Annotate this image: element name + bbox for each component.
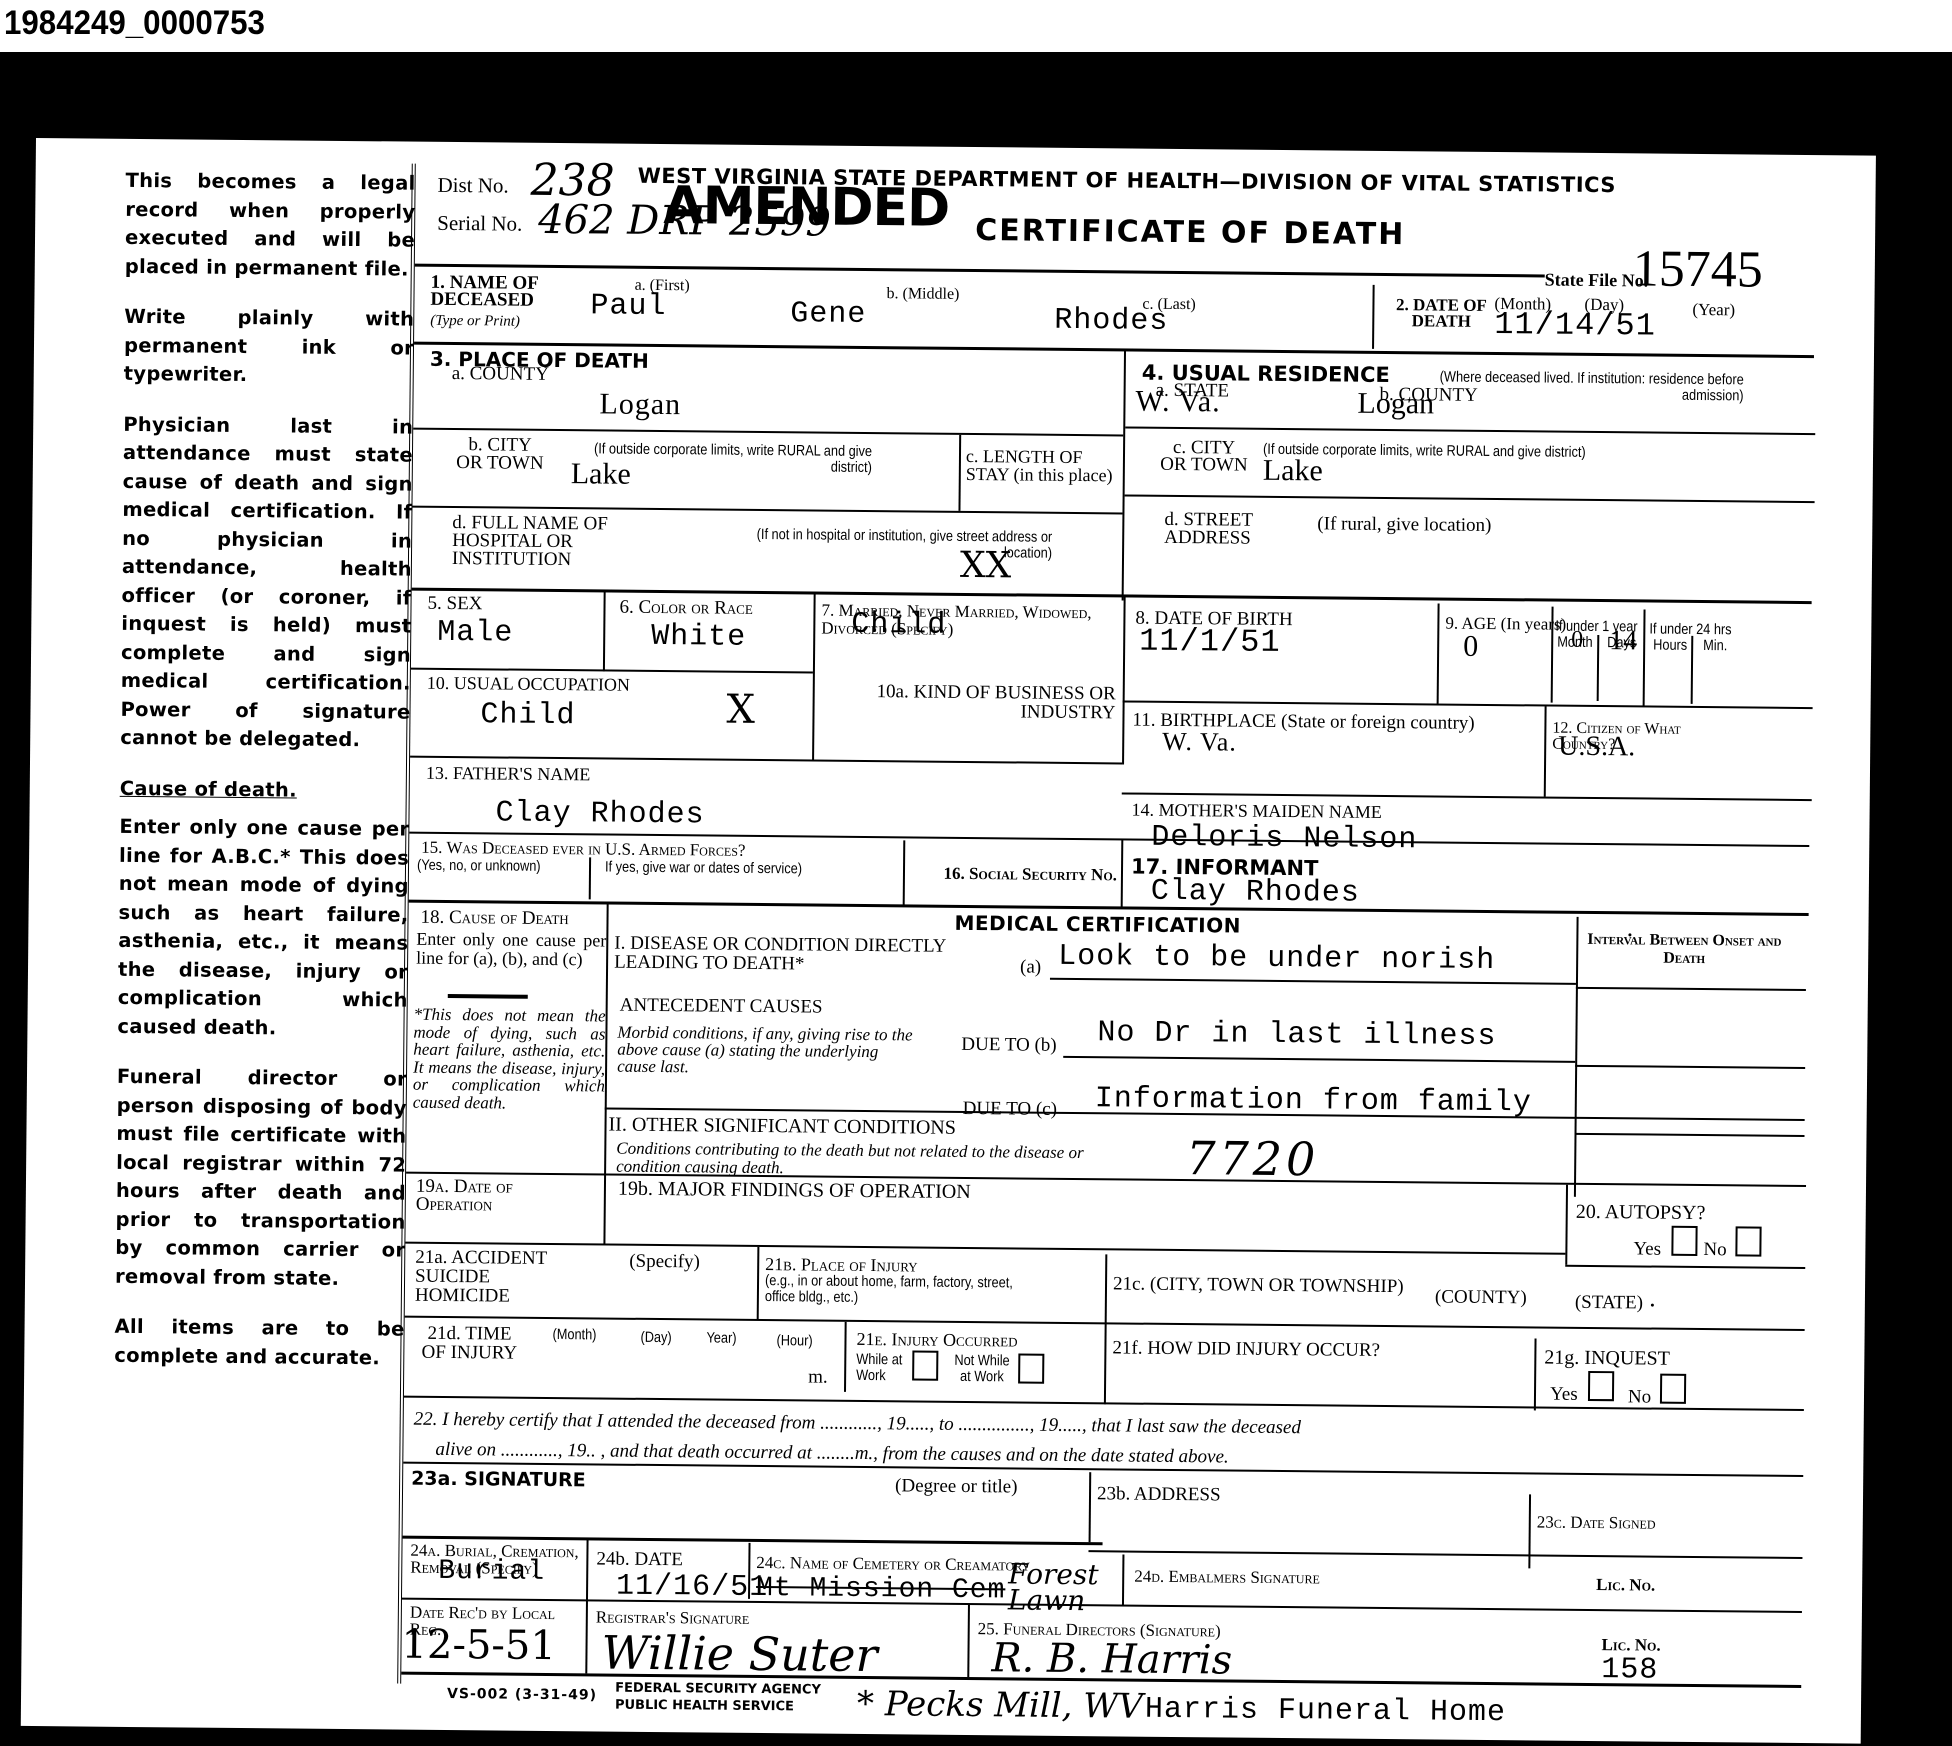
divider [1575, 1133, 1805, 1137]
divider [1544, 707, 1547, 797]
sex-value: Male [437, 616, 513, 651]
injury-day-label: (Day) [640, 1330, 671, 1346]
length-of-stay-label: c. LENGTH OF STAY (in this place) [966, 447, 1116, 484]
cause-b-value: No Dr in last illness [1097, 1016, 1496, 1054]
instruction-write-plainly: Write plainly with permanent ink or type… [124, 303, 415, 391]
cause-c-label: DUE TO (c) [963, 1099, 1057, 1119]
res-street-label: d. STREET ADDRESS [1164, 511, 1304, 548]
occupation-mark: X [726, 687, 755, 733]
item15-sub1: (Yes, no, or unknown) [417, 858, 541, 875]
divider [1122, 350, 1126, 600]
divider [1574, 917, 1579, 1197]
citizen-value: U.S.A. [1558, 731, 1635, 764]
item24c-label: 24c. Name of Cemetery or Creamatory [756, 1553, 1030, 1575]
divider [1122, 596, 1126, 764]
item2-label: 2. DATE OF DEATH [1386, 297, 1496, 330]
item24b-label: 24b. DATE [596, 1549, 683, 1569]
item21d-label: 21d. TIME OF INJURY [414, 1324, 524, 1363]
item16-label: 16. Social Security No. [917, 864, 1117, 884]
serial-no-label: Serial No. [437, 214, 522, 234]
divider [1372, 285, 1375, 349]
death-county-value: Logan [599, 387, 681, 422]
informant-value: Clay Rhodes [1151, 875, 1360, 911]
instruction-complete: All items are to be complete and accurat… [114, 1313, 405, 1373]
race-value: White [651, 620, 746, 655]
item21g-label: 21g. INQUEST [1544, 1349, 1670, 1369]
injury-not-at-work-label: Not While at Work [952, 1353, 1012, 1386]
divider [967, 1605, 970, 1677]
death-city-label: b. CITY OR TOWN [455, 436, 545, 473]
divider [603, 1174, 606, 1244]
antecedent-label: ANTECEDENT CAUSES [620, 996, 823, 1017]
certificate-page: This becomes a legal record when properl… [21, 138, 1876, 1744]
divider [405, 1242, 1565, 1255]
item13-label: 13. FATHER'S NAME [426, 764, 591, 785]
last-name-value: Rhodes [1054, 304, 1168, 339]
divider [958, 435, 961, 511]
divider [1125, 426, 1815, 435]
injury-hour-label: (Hour) [776, 1333, 812, 1349]
death-city-value: Lake [571, 457, 631, 492]
scan-speck [1651, 1304, 1654, 1307]
cause-a-label: (a) [1020, 957, 1041, 976]
item10a-label: 10a. KIND OF BUSINESS OR INDUSTRY [820, 682, 1115, 723]
divider [1528, 1494, 1531, 1568]
scan-speck [1628, 933, 1631, 936]
item19a-label: 19a. Date of Operation [416, 1178, 566, 1215]
autopsy-yes-checkbox[interactable] [1671, 1226, 1697, 1256]
footer-agency-2: PUBLIC HEALTH SERVICE [615, 1698, 794, 1715]
item1-sublabel: (Type or Print) [430, 312, 520, 332]
middle-name-value: Gene [790, 297, 866, 332]
death-date-value: 11/14/51 [1494, 306, 1656, 345]
embalmer-lic-label: Lic. No. [1596, 1575, 1655, 1595]
injury-month-label: (Month) [552, 1327, 596, 1343]
divider [1122, 1554, 1124, 1606]
middle-name-label: b. (Middle) [886, 284, 959, 304]
hours-label: Hours [1653, 638, 1687, 654]
amended-stamp: AMENDED [663, 176, 949, 239]
funeral-director-signature: R. B. Harris [991, 1635, 1232, 1683]
instruction-cause: Enter only one cause per line for A.B.C.… [117, 813, 409, 1044]
item22-line1: 22. I hereby certify that I attended the… [414, 1410, 1301, 1438]
injury-m-label: m. [808, 1367, 828, 1386]
death-year-label: (Year) [1692, 300, 1735, 319]
divider [1125, 494, 1815, 503]
divider [1565, 1185, 1568, 1265]
divider [1437, 603, 1440, 703]
part2-label: II. OTHER SIGNIFICANT CONDITIONS [608, 1116, 956, 1138]
divider [1551, 607, 1554, 703]
state-file-value: 15745 [1633, 239, 1764, 299]
divider [812, 593, 816, 759]
inquest-no-checkbox[interactable] [1660, 1374, 1686, 1404]
item15-sub2: If yes, give war or dates of service) [605, 859, 802, 877]
birthplace-value: W. Va. [1162, 727, 1237, 758]
hospital-value: XX [960, 545, 1012, 586]
divider [1597, 635, 1600, 701]
item21c-label: 21c. (CITY, TOWN OR TOWNSHIP) [1113, 1274, 1404, 1296]
min-label: Min. [1703, 638, 1727, 654]
autopsy-no-checkbox[interactable] [1735, 1226, 1761, 1256]
divider [585, 1539, 588, 1673]
divider [757, 1247, 760, 1319]
divider [1121, 838, 1124, 908]
item23a-degree: (Degree or title) [895, 1476, 1018, 1496]
autopsy-no-label: No [1703, 1240, 1726, 1259]
interval-label: Interval Between Onset and Death [1584, 931, 1784, 969]
months-value: 0 [1571, 627, 1583, 654]
item20-label: 20. AUTOPSY? [1576, 1203, 1706, 1223]
document-id-bar: 1984249_0000753 [0, 0, 1952, 52]
divider [1575, 1065, 1805, 1069]
divider [589, 857, 591, 899]
item23c-label: 23c. Date Signed [1537, 1512, 1656, 1532]
instruction-physician: Physician last in attendance must state … [120, 410, 413, 755]
divider [1576, 987, 1806, 991]
funeral-home-name: Harris Funeral Home [1145, 1693, 1506, 1730]
divider [1089, 1472, 1092, 1542]
item21e-label: 21e. Injury Occurred [856, 1330, 1017, 1351]
injury-at-work-checkbox[interactable] [912, 1350, 938, 1380]
document-id: 1984249_0000753 [4, 4, 265, 43]
item6-label: 6. Color or Race [619, 598, 752, 618]
occupation-value: Child [480, 698, 575, 733]
cemetery-value: Forest Lawn [1008, 1561, 1108, 1614]
disposition-value: Burial [438, 1556, 545, 1588]
item21b-note: (e.g., in or about home, farm, factory, … [765, 1273, 1046, 1308]
divider [1565, 1265, 1805, 1269]
form-number: VS-002 (3-31-49) [447, 1686, 597, 1703]
inquest-yes-checkbox[interactable] [1588, 1371, 1614, 1401]
divider [603, 591, 606, 671]
res-city-note: (If outside corporate limits, write RURA… [1263, 442, 1722, 462]
registrar-date-value: 12-5-51 [401, 1622, 556, 1669]
instruction-funeral: Funeral director or person disposing of … [115, 1063, 407, 1294]
divider [1691, 636, 1694, 704]
divider [1063, 1056, 1575, 1063]
res-street-note: (If rural, give location) [1317, 514, 1491, 535]
item21a-label: 21a. ACCIDENT SUICIDE HOMICIDE [415, 1248, 556, 1306]
item21c-county: (COUNTY) [1435, 1287, 1527, 1307]
instruction-legal-record: This becomes a legal record when properl… [125, 167, 416, 284]
footer-agency-1: FEDERAL SECURITY AGENCY [615, 1680, 821, 1699]
divider [1643, 609, 1646, 705]
divider [844, 1322, 847, 1392]
item21c-state: (STATE) [1575, 1293, 1643, 1313]
age-value: 0 [1463, 630, 1479, 664]
divider [448, 994, 528, 999]
instructions-sidebar: This becomes a legal record when properl… [114, 167, 416, 1395]
death-county-label: a. COUNTY [452, 364, 549, 384]
divider [1050, 978, 1576, 985]
inquest-yes-label: Yes [1550, 1385, 1578, 1404]
item23b-label: 23b. ADDRESS [1097, 1484, 1221, 1504]
res-city-label: c. CITY OR TOWN [1159, 439, 1249, 474]
certificate-title: CERTIFICATE OF DEATH [975, 213, 1405, 252]
item21a-specify: (Specify) [629, 1252, 700, 1272]
item18-instruction: Enter only one cause per line for (a), (… [416, 930, 606, 970]
antecedent-note: Morbid conditions, if any, giving rise t… [617, 1024, 917, 1078]
item14-label: 14. MOTHER'S MAIDEN NAME [1132, 801, 1382, 822]
item19b-label: 19b. MAJOR FINDINGS OF OPERATION [618, 1180, 971, 1202]
hospital-label: d. FULL NAME OF HOSPITAL OR INSTITUTION [452, 514, 673, 570]
item10-label: 10. USUAL OCCUPATION [427, 674, 630, 695]
res-county-value: Logan [1357, 387, 1434, 422]
funeral-home-location: * Pecks Mill, WV [857, 1684, 1143, 1727]
death-certificate-form: Dist No. 238 Serial No. 462 DRP 2599 WES… [397, 164, 1842, 1698]
dist-no-label: Dist No. [437, 176, 508, 196]
divider [1534, 1338, 1537, 1410]
res-state-value: W. Va. [1135, 385, 1221, 420]
item5-label: 5. SEX [427, 594, 482, 614]
days-value: 14 [1609, 625, 1637, 657]
injury-not-at-work-checkbox[interactable] [1018, 1353, 1044, 1383]
item23a-label: 23a. SIGNATURE [411, 1468, 586, 1492]
item18-label: 18. Cause of Death [420, 908, 568, 928]
part1-label: I. DISEASE OR CONDITION DIRECTLY LEADING… [614, 934, 974, 975]
divider [903, 840, 906, 906]
father-name-value: Clay Rhodes [495, 796, 704, 832]
res-city-value: Lake [1263, 454, 1323, 489]
item24d-label: 24d. Embalmers Signature [1134, 1567, 1320, 1588]
medical-certification-title: MEDICAL CERTIFICATION [954, 911, 1241, 938]
divider [1104, 1254, 1107, 1404]
cause-a-value: Look to be under norish [1058, 940, 1495, 978]
injury-year-label: Year) [706, 1330, 736, 1346]
item1-label: 1. NAME OF DECEASED [430, 274, 590, 310]
instruction-cause-heading: Cause of death. [120, 774, 410, 805]
cause-code: 7720 [1186, 1131, 1320, 1186]
funeral-lic-label: Lic. No. [1602, 1635, 1661, 1655]
first-name-value: Paul [590, 289, 666, 324]
divider [1123, 700, 1813, 709]
item18-note: *This does not mean the mode of dying, s… [413, 1006, 606, 1113]
injury-at-work-label: While at Work [856, 1352, 906, 1384]
item21f-label: 21f. HOW DID INJURY OCCUR? [1112, 1338, 1380, 1360]
marital-value: Child [851, 608, 946, 643]
autopsy-yes-label: Yes [1633, 1239, 1661, 1258]
birth-date-value: 11/1/51 [1139, 623, 1281, 661]
cause-b-label: DUE TO (b) [961, 1035, 1057, 1055]
inquest-no-label: No [1628, 1387, 1651, 1406]
divider [1088, 1550, 1802, 1559]
